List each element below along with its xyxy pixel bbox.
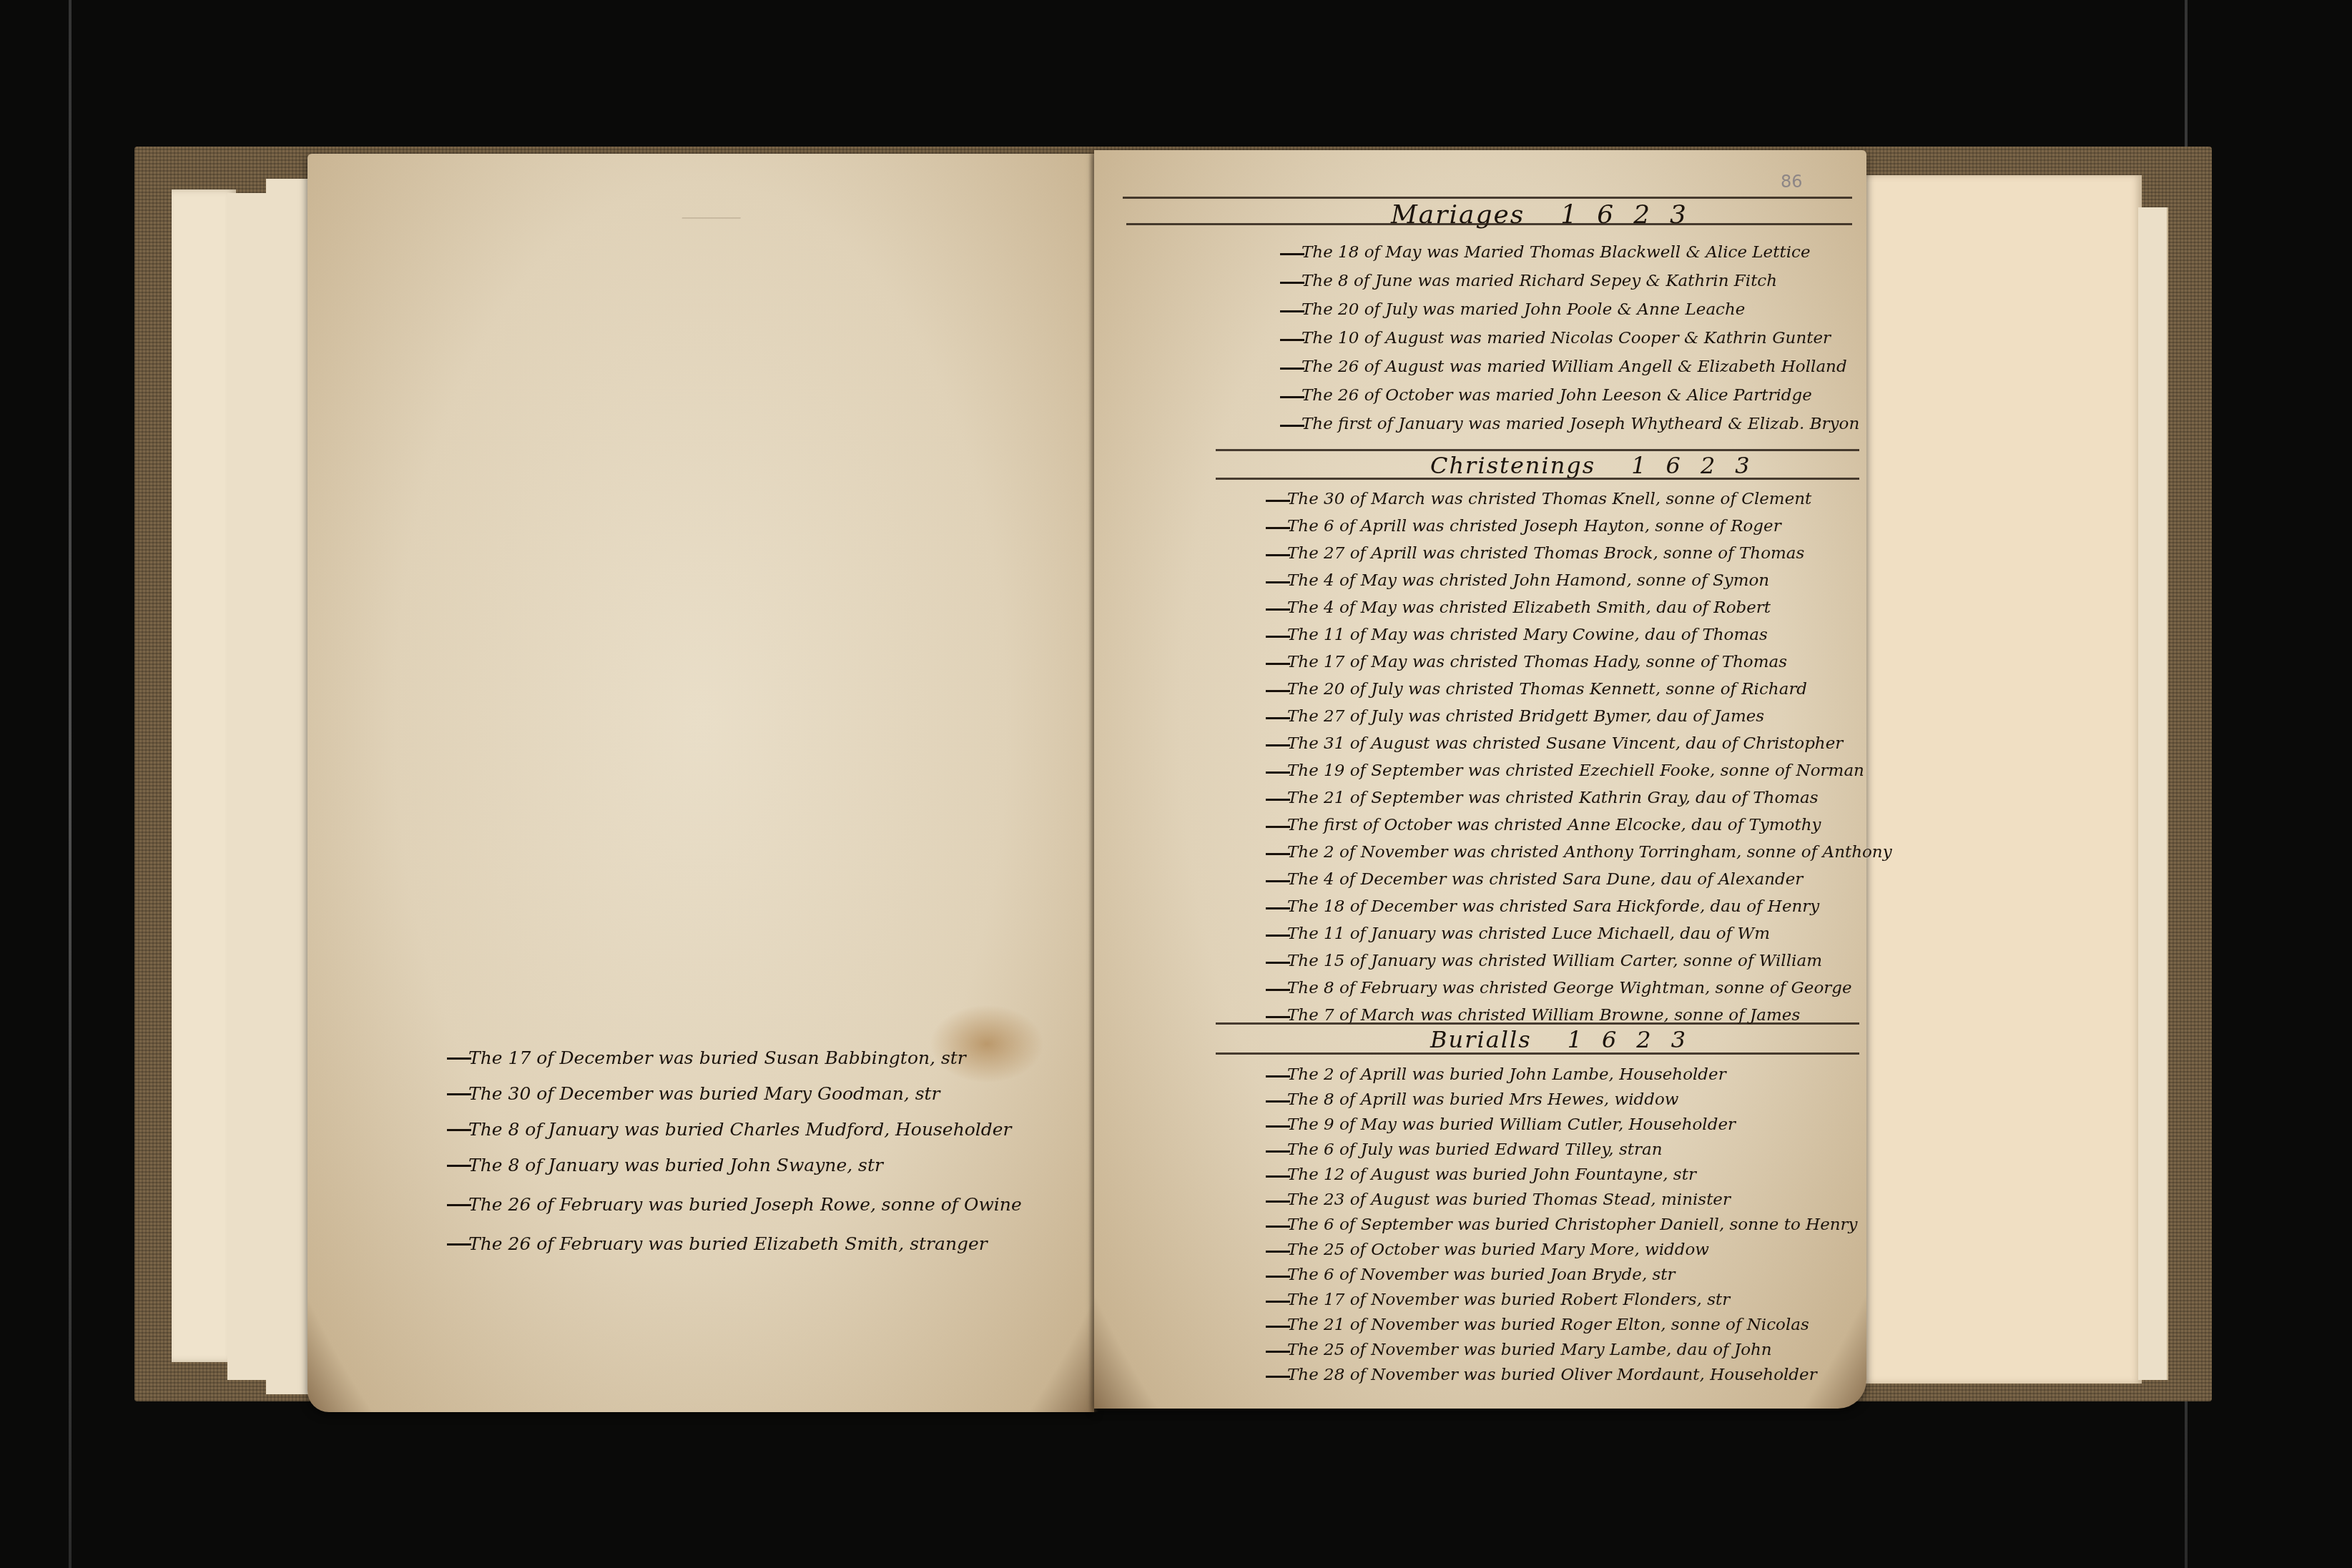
marriage-entry: The 8 of June was maried Richard Sepey &…	[1302, 272, 1777, 290]
ink-stain	[930, 1005, 1044, 1083]
section-heading-burials: Burialls1623	[1430, 1026, 1706, 1053]
marriage-entry: The 10 of August was maried Nicolas Coop…	[1302, 329, 1831, 347]
christening-entry: The 27 of July was christed Bridgett Bym…	[1287, 707, 1764, 726]
marriage-entry: The 20 of July was maried John Poole & A…	[1302, 300, 1745, 319]
left-leaf-stack	[227, 193, 272, 1380]
christening-entry: The 31 of August was christed Susane Vin…	[1287, 734, 1843, 753]
right-endpaper	[1863, 175, 2142, 1384]
burial-entry: The 17 of November was buried Robert Flo…	[1287, 1291, 1730, 1309]
burial-entry: The 8 of January was buried John Swayne,…	[468, 1155, 883, 1175]
christening-entry: The 8 of February was christed George Wi…	[1287, 979, 1852, 997]
section-heading-christenings: Christenings1623	[1430, 452, 1770, 479]
christening-entry: The 11 of May was christed Mary Cowine, …	[1287, 626, 1768, 644]
section-title: Christenings	[1430, 452, 1595, 479]
left-endpaper	[172, 189, 236, 1362]
display-case-edge-left	[69, 0, 72, 1568]
burial-entry: The 8 of Aprill was buried Mrs Hewes, wi…	[1287, 1090, 1679, 1109]
burial-entry: The 17 of December was buried Susan Babb…	[468, 1047, 966, 1068]
burial-entry: The 8 of January was buried Charles Mudf…	[468, 1119, 1012, 1140]
section-year: 1623	[1631, 452, 1769, 479]
bleed-through-text: ⸻	[679, 197, 740, 232]
burial-entry: The 21 of November was buried Roger Elto…	[1287, 1316, 1809, 1334]
section-title: Burialls	[1430, 1026, 1532, 1053]
burial-entry: The 2 of Aprill was buried John Lambe, H…	[1287, 1065, 1726, 1084]
christening-entry: The 21 of September was christed Kathrin…	[1287, 789, 1819, 807]
burial-entry: The 25 of October was buried Mary More, …	[1287, 1241, 1709, 1259]
christening-entry: The 2 of November was christed Anthony T…	[1287, 843, 1892, 862]
christening-entry: The 27 of Aprill was christed Thomas Bro…	[1287, 544, 1804, 563]
heading-rule	[1216, 449, 1859, 451]
christening-entry: The 20 of July was christed Thomas Kenne…	[1287, 680, 1807, 699]
burial-entry: The 9 of May was buried William Cutler, …	[1287, 1115, 1736, 1134]
burial-entry: The 6 of November was buried Joan Bryde,…	[1287, 1266, 1676, 1284]
heading-rule	[1216, 1022, 1859, 1025]
heading-rule	[1126, 223, 1852, 225]
christening-entry: The 4 of May was christed Elizabeth Smit…	[1287, 598, 1771, 617]
christening-entry: The 19 of September was christed Ezechie…	[1287, 761, 1864, 780]
heading-rule	[1216, 478, 1859, 480]
christening-entry: The 18 of December was christed Sara Hic…	[1287, 897, 1819, 916]
christening-entry: The 4 of May was christed John Hamond, s…	[1287, 571, 1769, 590]
christening-entry: The 4 of December was christed Sara Dune…	[1287, 870, 1803, 889]
burial-entry: The 23 of August was buried Thomas Stead…	[1287, 1190, 1731, 1209]
marriage-entry: The 26 of August was maried William Ange…	[1302, 358, 1847, 376]
marriage-entry: The 18 of May was Maried Thomas Blackwel…	[1302, 243, 1811, 262]
burial-entry: The 12 of August was buried John Fountay…	[1287, 1165, 1696, 1184]
right-leaf-stack	[2138, 207, 2168, 1380]
christening-entry: The 15 of January was christed William C…	[1287, 952, 1822, 970]
left-leaf-stack	[266, 179, 310, 1394]
christening-entry: The 11 of January was christed Luce Mich…	[1287, 924, 1770, 943]
heading-rule	[1216, 1052, 1859, 1055]
burial-entry: The 25 of November was buried Mary Lambe…	[1287, 1341, 1772, 1359]
burial-entry: The 26 of February was buried Elizabeth …	[468, 1233, 988, 1254]
burial-entry: The 26 of February was buried Joseph Row…	[468, 1194, 1022, 1215]
christening-entry: The first of October was christed Anne E…	[1287, 816, 1821, 834]
section-year: 1623	[1568, 1026, 1706, 1053]
burial-entry: The 6 of September was buried Christophe…	[1287, 1216, 1858, 1234]
christening-entry: The 17 of May was christed Thomas Hady, …	[1287, 653, 1787, 671]
marriage-entry: The first of January was maried Joseph W…	[1302, 415, 1859, 433]
left-page: ⸻	[307, 154, 1094, 1412]
christening-entry: The 30 of March was christed Thomas Knel…	[1287, 490, 1811, 508]
burial-entry: The 30 of December was buried Mary Goodm…	[468, 1083, 940, 1104]
christening-entry: The 6 of Aprill was christed Joseph Hayt…	[1287, 517, 1781, 536]
heading-rule	[1123, 197, 1852, 199]
marriage-entry: The 26 of October was maried John Leeson…	[1302, 386, 1812, 405]
burial-entry: The 28 of November was buried Oliver Mor…	[1287, 1366, 1817, 1384]
burial-entry: The 6 of July was buried Edward Tilley, …	[1287, 1140, 1663, 1159]
folio-number: 86	[1781, 172, 1803, 192]
